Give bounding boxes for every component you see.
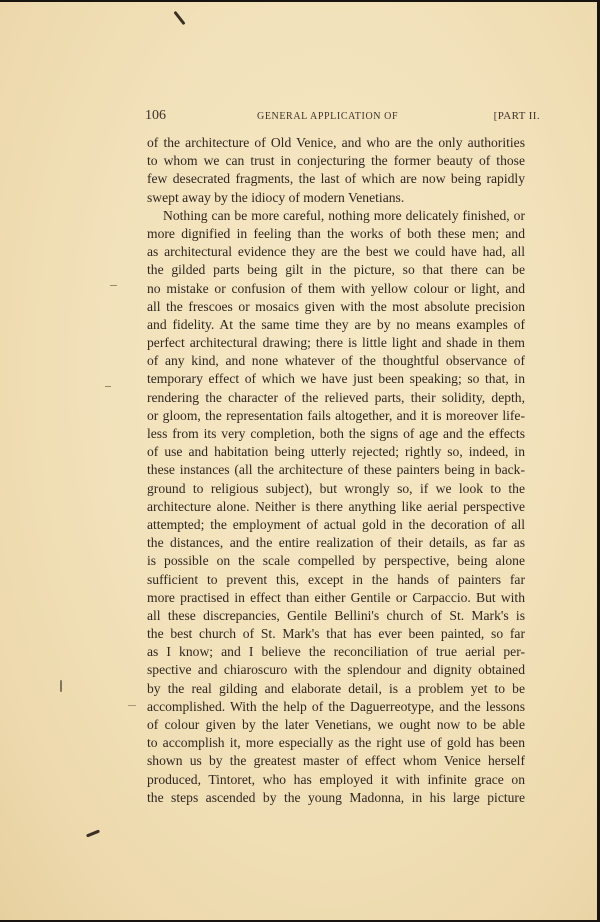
text-line: the best church of St. Mark's that has e… — [147, 625, 525, 643]
text-line: more practised in effect than either Gen… — [147, 589, 525, 607]
text-line: ground to religious subject), but wrongl… — [147, 480, 525, 498]
text-line: the steps ascended by the young Madonna,… — [147, 789, 525, 807]
text-line: spective and chiaroscuro with the splend… — [147, 661, 525, 679]
text-line: the distances, and the entire realizatio… — [147, 534, 525, 552]
text-line: or gloom, the representation fails altog… — [147, 407, 525, 425]
text-line: Nothing can be more careful, nothing mor… — [147, 207, 525, 225]
text-line: by the real gilding and elaborate detail… — [147, 680, 525, 698]
text-line: all the frescoes or mosaics given with t… — [147, 298, 525, 316]
text-line: of any kind, and none whatever of the th… — [147, 352, 525, 370]
text-line: perfect architectural drawing; there is … — [147, 334, 525, 352]
text-line: the gilded parts being gilt in the pictu… — [147, 261, 525, 279]
text-line: no mistake or confusion of them with yel… — [147, 280, 525, 298]
text-line: to accomplish it, more especially as the… — [147, 734, 525, 752]
text-line: attempted; the employment of actual gold… — [147, 516, 525, 534]
ink-mark — [105, 386, 111, 387]
running-title: GENERAL APPLICATION OF — [257, 107, 398, 127]
page-number: 106 — [145, 106, 166, 126]
text-line: is possible on the scale compelled by pe… — [147, 552, 525, 570]
text-line: of colour given by the later Venetians, … — [147, 716, 525, 734]
ink-mark — [60, 680, 62, 692]
text-line: as architectural evidence they are the b… — [147, 243, 525, 261]
book-page: 106 GENERAL APPLICATION OF [PART II. of … — [0, 2, 597, 920]
text-line: shown us by the greatest master of effec… — [147, 752, 525, 770]
text-line: less from its very completion, both the … — [147, 425, 525, 443]
text-line: temporary effect of which we have just b… — [147, 370, 525, 388]
body-text: of the architecture of Old Venice, and w… — [147, 134, 525, 807]
text-line: produced, Tintoret, who has employed it … — [147, 771, 525, 789]
text-line: more dignified in feeling than the works… — [147, 225, 525, 243]
text-line: and fidelity. At the same time they are … — [147, 316, 525, 334]
part-label: [PART II. — [494, 106, 540, 126]
ink-mark — [110, 285, 117, 286]
running-head: 106 GENERAL APPLICATION OF [PART II. — [145, 106, 540, 126]
text-line: sufficient to prevent this, except in th… — [147, 571, 525, 589]
text-line: as I know; and I believe the reconciliat… — [147, 643, 525, 661]
text-line: these instances (all the architecture of… — [147, 461, 525, 479]
ink-mark — [173, 11, 185, 25]
text-line: rendering the character of the relieved … — [147, 389, 525, 407]
ink-mark — [86, 829, 100, 837]
text-line: few desecrated fragments, the last of wh… — [147, 170, 525, 188]
text-line: architecture alone. Neither is there any… — [147, 498, 525, 516]
text-line: swept away by the idiocy of modern Venet… — [147, 189, 525, 207]
ink-mark — [128, 705, 136, 706]
text-line: all these discrepancies, Gentile Bellini… — [147, 607, 525, 625]
text-line: of the architecture of Old Venice, and w… — [147, 134, 525, 152]
text-line: accomplished. With the help of the Dague… — [147, 698, 525, 716]
text-line: to whom we can trust in conjecturing the… — [147, 152, 525, 170]
text-line: of use and habitation being utterly reje… — [147, 443, 525, 461]
